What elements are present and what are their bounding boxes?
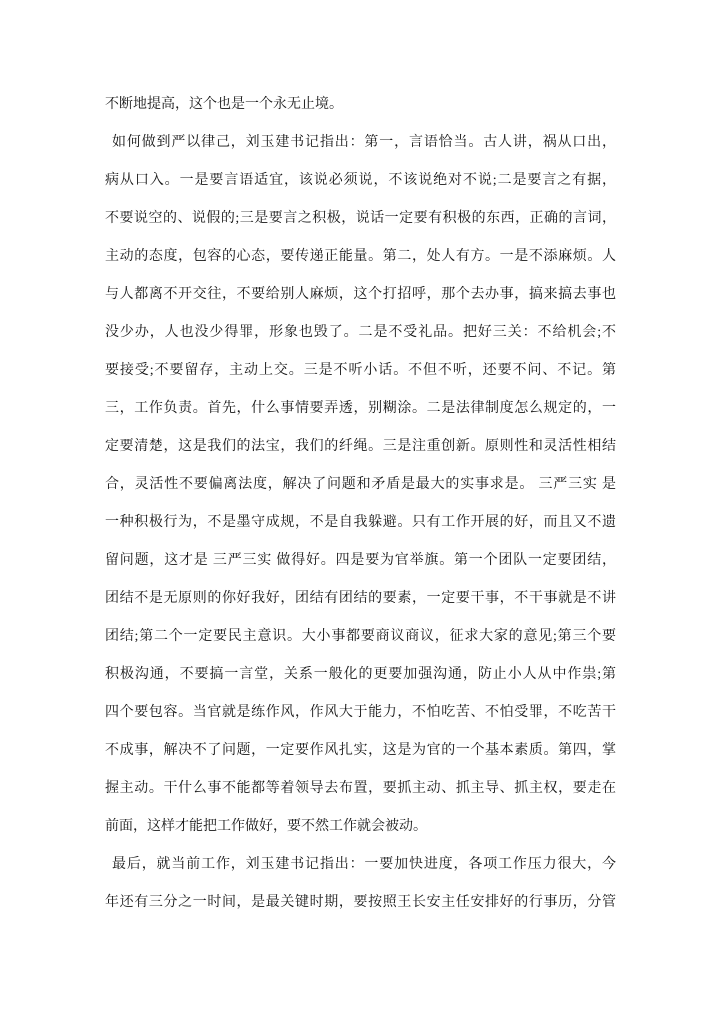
text-line: 团结不是无原则的你好我好，团结有团结的要素，一定要干事，不干事就是不讲	[105, 580, 616, 618]
text-line: 与人都离不开交往，不要给别人麻烦，这个打招呼，那个去办事，搞来搞去事也	[105, 276, 616, 314]
text-line: 团结;第二个一定要民主意识。大小事都要商议商议，征求大家的意见;第三个要	[105, 618, 616, 656]
text-line: 不断地提高，这个也是一个永无止境。	[105, 86, 616, 124]
text-line: 握主动。干什么事不能都等着领导去布置，要抓主动、抓主导、抓主权，要走在	[105, 770, 616, 808]
text-line: 三，工作负责。首先，什么事情要弄透，别糊涂。二是法律制度怎么规定的，一	[105, 390, 616, 428]
paragraph: 不断地提高，这个也是一个永无止境。	[105, 86, 616, 124]
text-line: 留问题，这才是 三严三实 做得好。四是要为官举旗。第一个团队一定要团结，	[105, 542, 616, 580]
text-line: 没少办，人也没少得罪，形象也毁了。二是不受礼品。把好三关：不给机会;不	[105, 314, 616, 352]
text-line: 不成事，解决不了问题，一定要作风扎实，这是为官的一个基本素质。第四，掌	[105, 732, 616, 770]
text-line: 前面，这样才能把工作做好，要不然工作就会被动。	[105, 808, 616, 846]
text-line: 病从口入。一是要言语适宜，该说必须说，不该说绝对不说;二是要言之有据，	[105, 162, 616, 200]
text-line: 积极沟通，不要搞一言堂，关系一般化的更要加强沟通，防止小人从中作祟;第	[105, 656, 616, 694]
text-line: 主动的态度，包容的心态，要传递正能量。第二，处人有方。一是不添麻烦。人	[105, 238, 616, 276]
text-line: 年还有三分之一时间，是最关键时期，要按照王长安主任安排好的行事历，分管	[105, 884, 616, 922]
text-line: 四个要包容。当官就是练作风，作风大于能力，不怕吃苦、不怕受罪，不吃苦干	[105, 694, 616, 732]
paragraph: 最后，就当前工作，刘玉建书记指出：一要加快进度，各项工作压力很大，今年还有三分之…	[105, 846, 616, 922]
text-line: 不要说空的、说假的;三是要言之积极，说话一定要有积极的东西，正确的言词，	[105, 200, 616, 238]
text-line: 最后，就当前工作，刘玉建书记指出：一要加快进度，各项工作压力很大，今	[105, 846, 616, 884]
text-line: 定要清楚，这是我们的法宝，我们的纤绳。三是注重创新。原则性和灵活性相结	[105, 428, 616, 466]
document-body: 不断地提高，这个也是一个永无止境。如何做到严以律己，刘玉建书记指出：第一，言语恰…	[105, 86, 616, 922]
text-line: 一种积极行为，不是墨守成规，不是自我躲避。只有工作开展的好，而且又不遗	[105, 504, 616, 542]
paragraph: 如何做到严以律己，刘玉建书记指出：第一，言语恰当。古人讲，祸从口出，病从口入。一…	[105, 124, 616, 846]
text-line: 合，灵活性不要偏离法度，解决了问题和矛盾是最大的实事求是。 三严三实 是	[105, 466, 616, 504]
text-line: 要接受;不要留存，主动上交。三是不听小话。不但不听，还要不问、不记。第	[105, 352, 616, 390]
text-line: 如何做到严以律己，刘玉建书记指出：第一，言语恰当。古人讲，祸从口出，	[105, 124, 616, 162]
document-page: 不断地提高，这个也是一个永无止境。如何做到严以律己，刘玉建书记指出：第一，言语恰…	[105, 86, 616, 922]
